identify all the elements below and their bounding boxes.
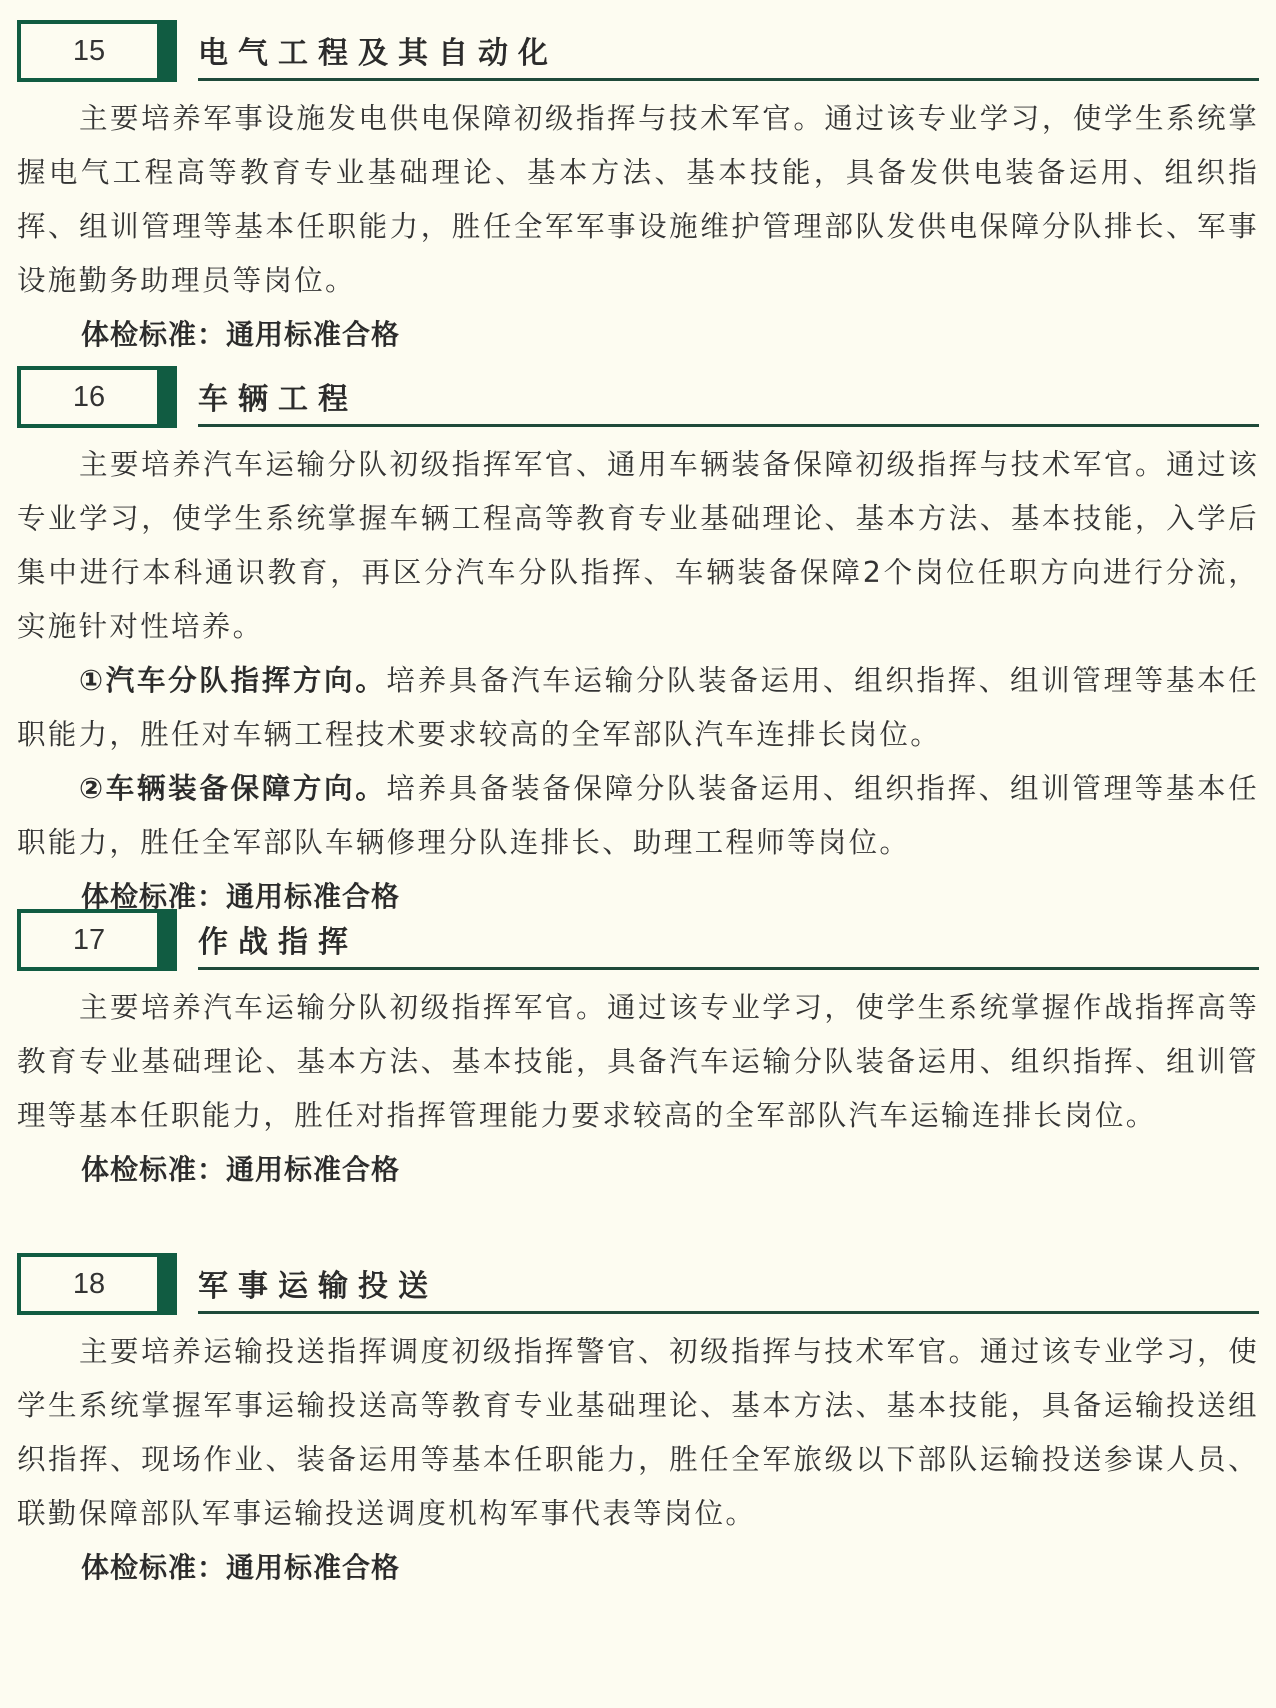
physical-exam-standard: 体检标准：通用标准合格 bbox=[0, 308, 1276, 362]
physical-exam-standard: 体检标准：通用标准合格 bbox=[0, 1143, 1276, 1197]
section-16: 16 车辆工程 主要培养汽车运输分队初级指挥军官、通用车辆装备保障初级指挥与技术… bbox=[0, 366, 1276, 924]
section-title: 车辆工程 bbox=[198, 374, 358, 418]
direction-label: ②车辆装备保障方向。 bbox=[79, 772, 386, 805]
section-body: 主要培养汽车运输分队初级指挥军官、通用车辆装备保障初级指挥与技术军官。通过该专业… bbox=[0, 428, 1276, 924]
title-underline bbox=[198, 78, 1259, 81]
section-body: 主要培养运输投送指挥调度初级指挥警官、初级指挥与技术军官。通过该专业学习，使学生… bbox=[0, 1315, 1276, 1595]
section-number-badge: 18 bbox=[17, 1253, 177, 1315]
direction-paragraph-2: ②车辆装备保障方向。培养具备装备保障分队装备运用、组织指挥、组训管理等基本任职能… bbox=[0, 762, 1276, 870]
section-17: 17 作战指挥 主要培养汽车运输分队初级指挥军官。通过该专业学习，使学生系统掌握… bbox=[0, 909, 1276, 1197]
direction-label: ①汽车分队指挥方向。 bbox=[79, 664, 386, 697]
section-body: 主要培养汽车运输分队初级指挥军官。通过该专业学习，使学生系统掌握作战指挥高等教育… bbox=[0, 971, 1276, 1197]
section-title: 电气工程及其自动化 bbox=[198, 28, 558, 72]
section-number-badge: 17 bbox=[17, 909, 177, 971]
title-underline bbox=[198, 967, 1259, 970]
section-number-badge: 15 bbox=[17, 20, 177, 82]
title-underline bbox=[198, 424, 1259, 427]
description-paragraph: 主要培养运输投送指挥调度初级指挥警官、初级指挥与技术军官。通过该专业学习，使学生… bbox=[0, 1325, 1276, 1541]
section-header: 18 军事运输投送 bbox=[0, 1253, 1276, 1315]
section-title: 作战指挥 bbox=[198, 917, 358, 961]
section-15: 15 电气工程及其自动化 主要培养军事设施发电供电保障初级指挥与技术军官。通过该… bbox=[0, 20, 1276, 362]
section-title: 军事运输投送 bbox=[198, 1261, 438, 1305]
description-paragraph: 主要培养汽车运输分队初级指挥军官、通用车辆装备保障初级指挥与技术军官。通过该专业… bbox=[0, 438, 1276, 654]
section-number-badge: 16 bbox=[17, 366, 177, 428]
direction-paragraph-1: ①汽车分队指挥方向。培养具备汽车运输分队装备运用、组织指挥、组训管理等基本任职能… bbox=[0, 654, 1276, 762]
section-header: 15 电气工程及其自动化 bbox=[0, 20, 1276, 82]
section-header: 16 车辆工程 bbox=[0, 366, 1276, 428]
description-paragraph: 主要培养汽车运输分队初级指挥军官。通过该专业学习，使学生系统掌握作战指挥高等教育… bbox=[0, 981, 1276, 1143]
description-paragraph: 主要培养军事设施发电供电保障初级指挥与技术军官。通过该专业学习，使学生系统掌握电… bbox=[0, 92, 1276, 308]
title-underline bbox=[198, 1311, 1259, 1314]
section-header: 17 作战指挥 bbox=[0, 909, 1276, 971]
physical-exam-standard: 体检标准：通用标准合格 bbox=[0, 1541, 1276, 1595]
section-body: 主要培养军事设施发电供电保障初级指挥与技术军官。通过该专业学习，使学生系统掌握电… bbox=[0, 82, 1276, 362]
section-18: 18 军事运输投送 主要培养运输投送指挥调度初级指挥警官、初级指挥与技术军官。通… bbox=[0, 1253, 1276, 1595]
